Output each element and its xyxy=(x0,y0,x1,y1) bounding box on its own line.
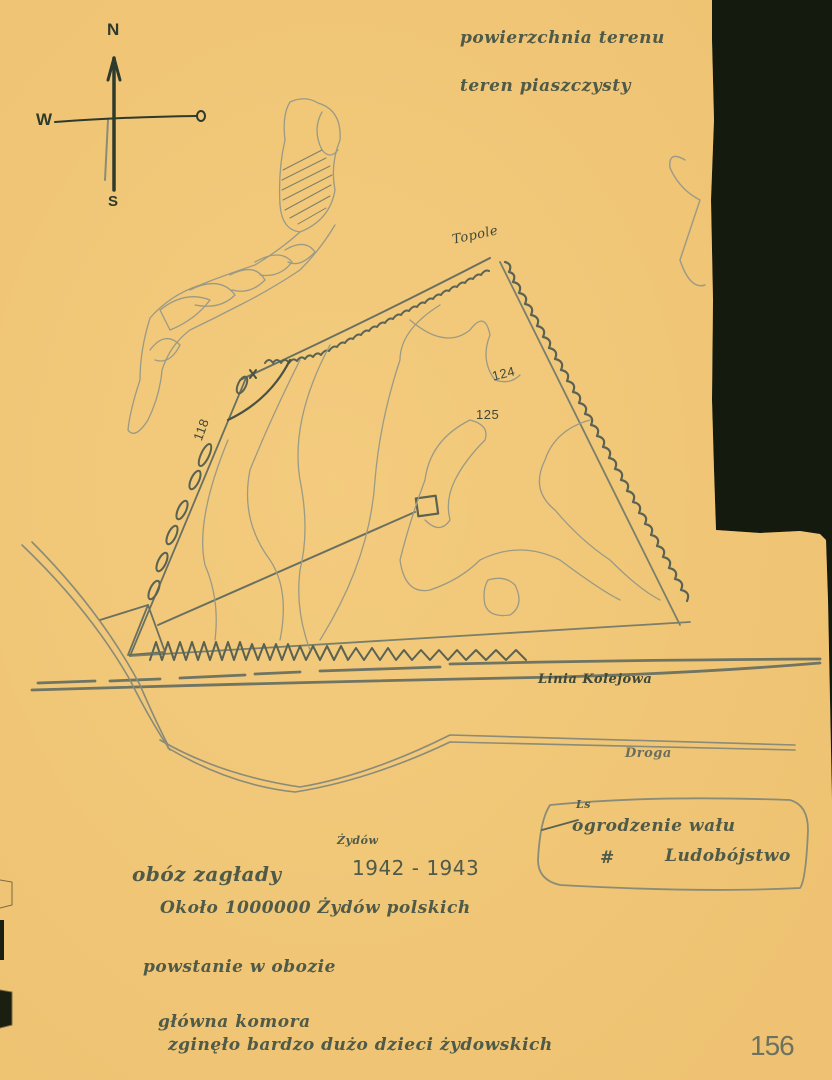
note-main-chamber: główna komora xyxy=(158,1012,311,1032)
note-children: zginęło bardzo dużo dzieci żydowskich xyxy=(168,1035,553,1055)
note-years: 1942 - 1943 xyxy=(352,856,479,880)
note-extermination-camp: obóz zagłady xyxy=(132,862,282,886)
note-sandy-terrain: teren piaszczysty xyxy=(460,76,631,96)
legend-genocide-label: Ludobójstwo xyxy=(665,846,791,866)
note-insert-jews: Żydów xyxy=(337,834,378,847)
legend-symbol: # xyxy=(600,848,615,868)
compass-west-label: W xyxy=(36,110,52,130)
page-number: 156 xyxy=(750,1030,794,1062)
compass-rose-icon xyxy=(55,58,205,190)
legend-fence-label: ogrodzenie wału xyxy=(572,816,735,836)
contour-label-125: 125 xyxy=(476,407,499,422)
compass-north-label: N xyxy=(107,20,119,40)
map-sketch xyxy=(0,0,832,1080)
note-victims: Około 1000000 Żydów polskich xyxy=(160,898,471,918)
compass-south-label: S xyxy=(108,193,118,210)
note-surface: powierzchnia terenu xyxy=(460,28,665,48)
note-uprising: powstanie w obozie xyxy=(143,957,336,977)
legend-superscript: Ls xyxy=(576,798,591,811)
label-railway: Linia Kolejowa xyxy=(538,672,652,687)
label-road: Droga xyxy=(625,746,672,761)
